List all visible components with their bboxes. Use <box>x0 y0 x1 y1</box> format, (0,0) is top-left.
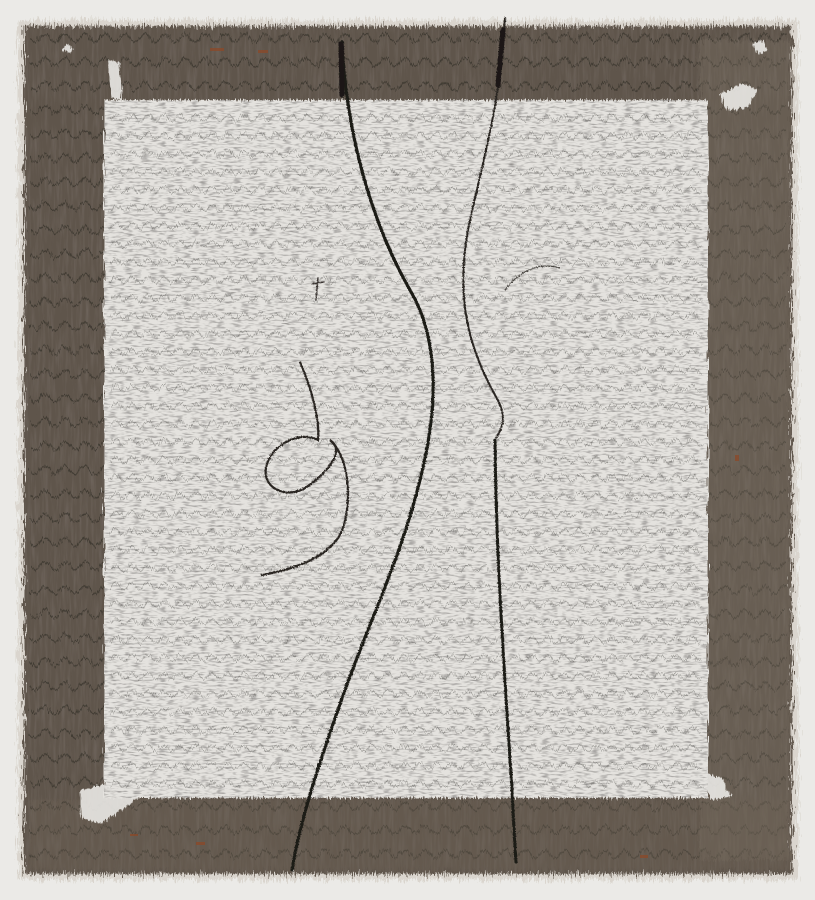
artwork-svg <box>0 0 815 900</box>
top-left-dark-stroke <box>341 44 342 95</box>
artwork-canvas <box>0 0 815 900</box>
inner-panel <box>104 100 708 798</box>
